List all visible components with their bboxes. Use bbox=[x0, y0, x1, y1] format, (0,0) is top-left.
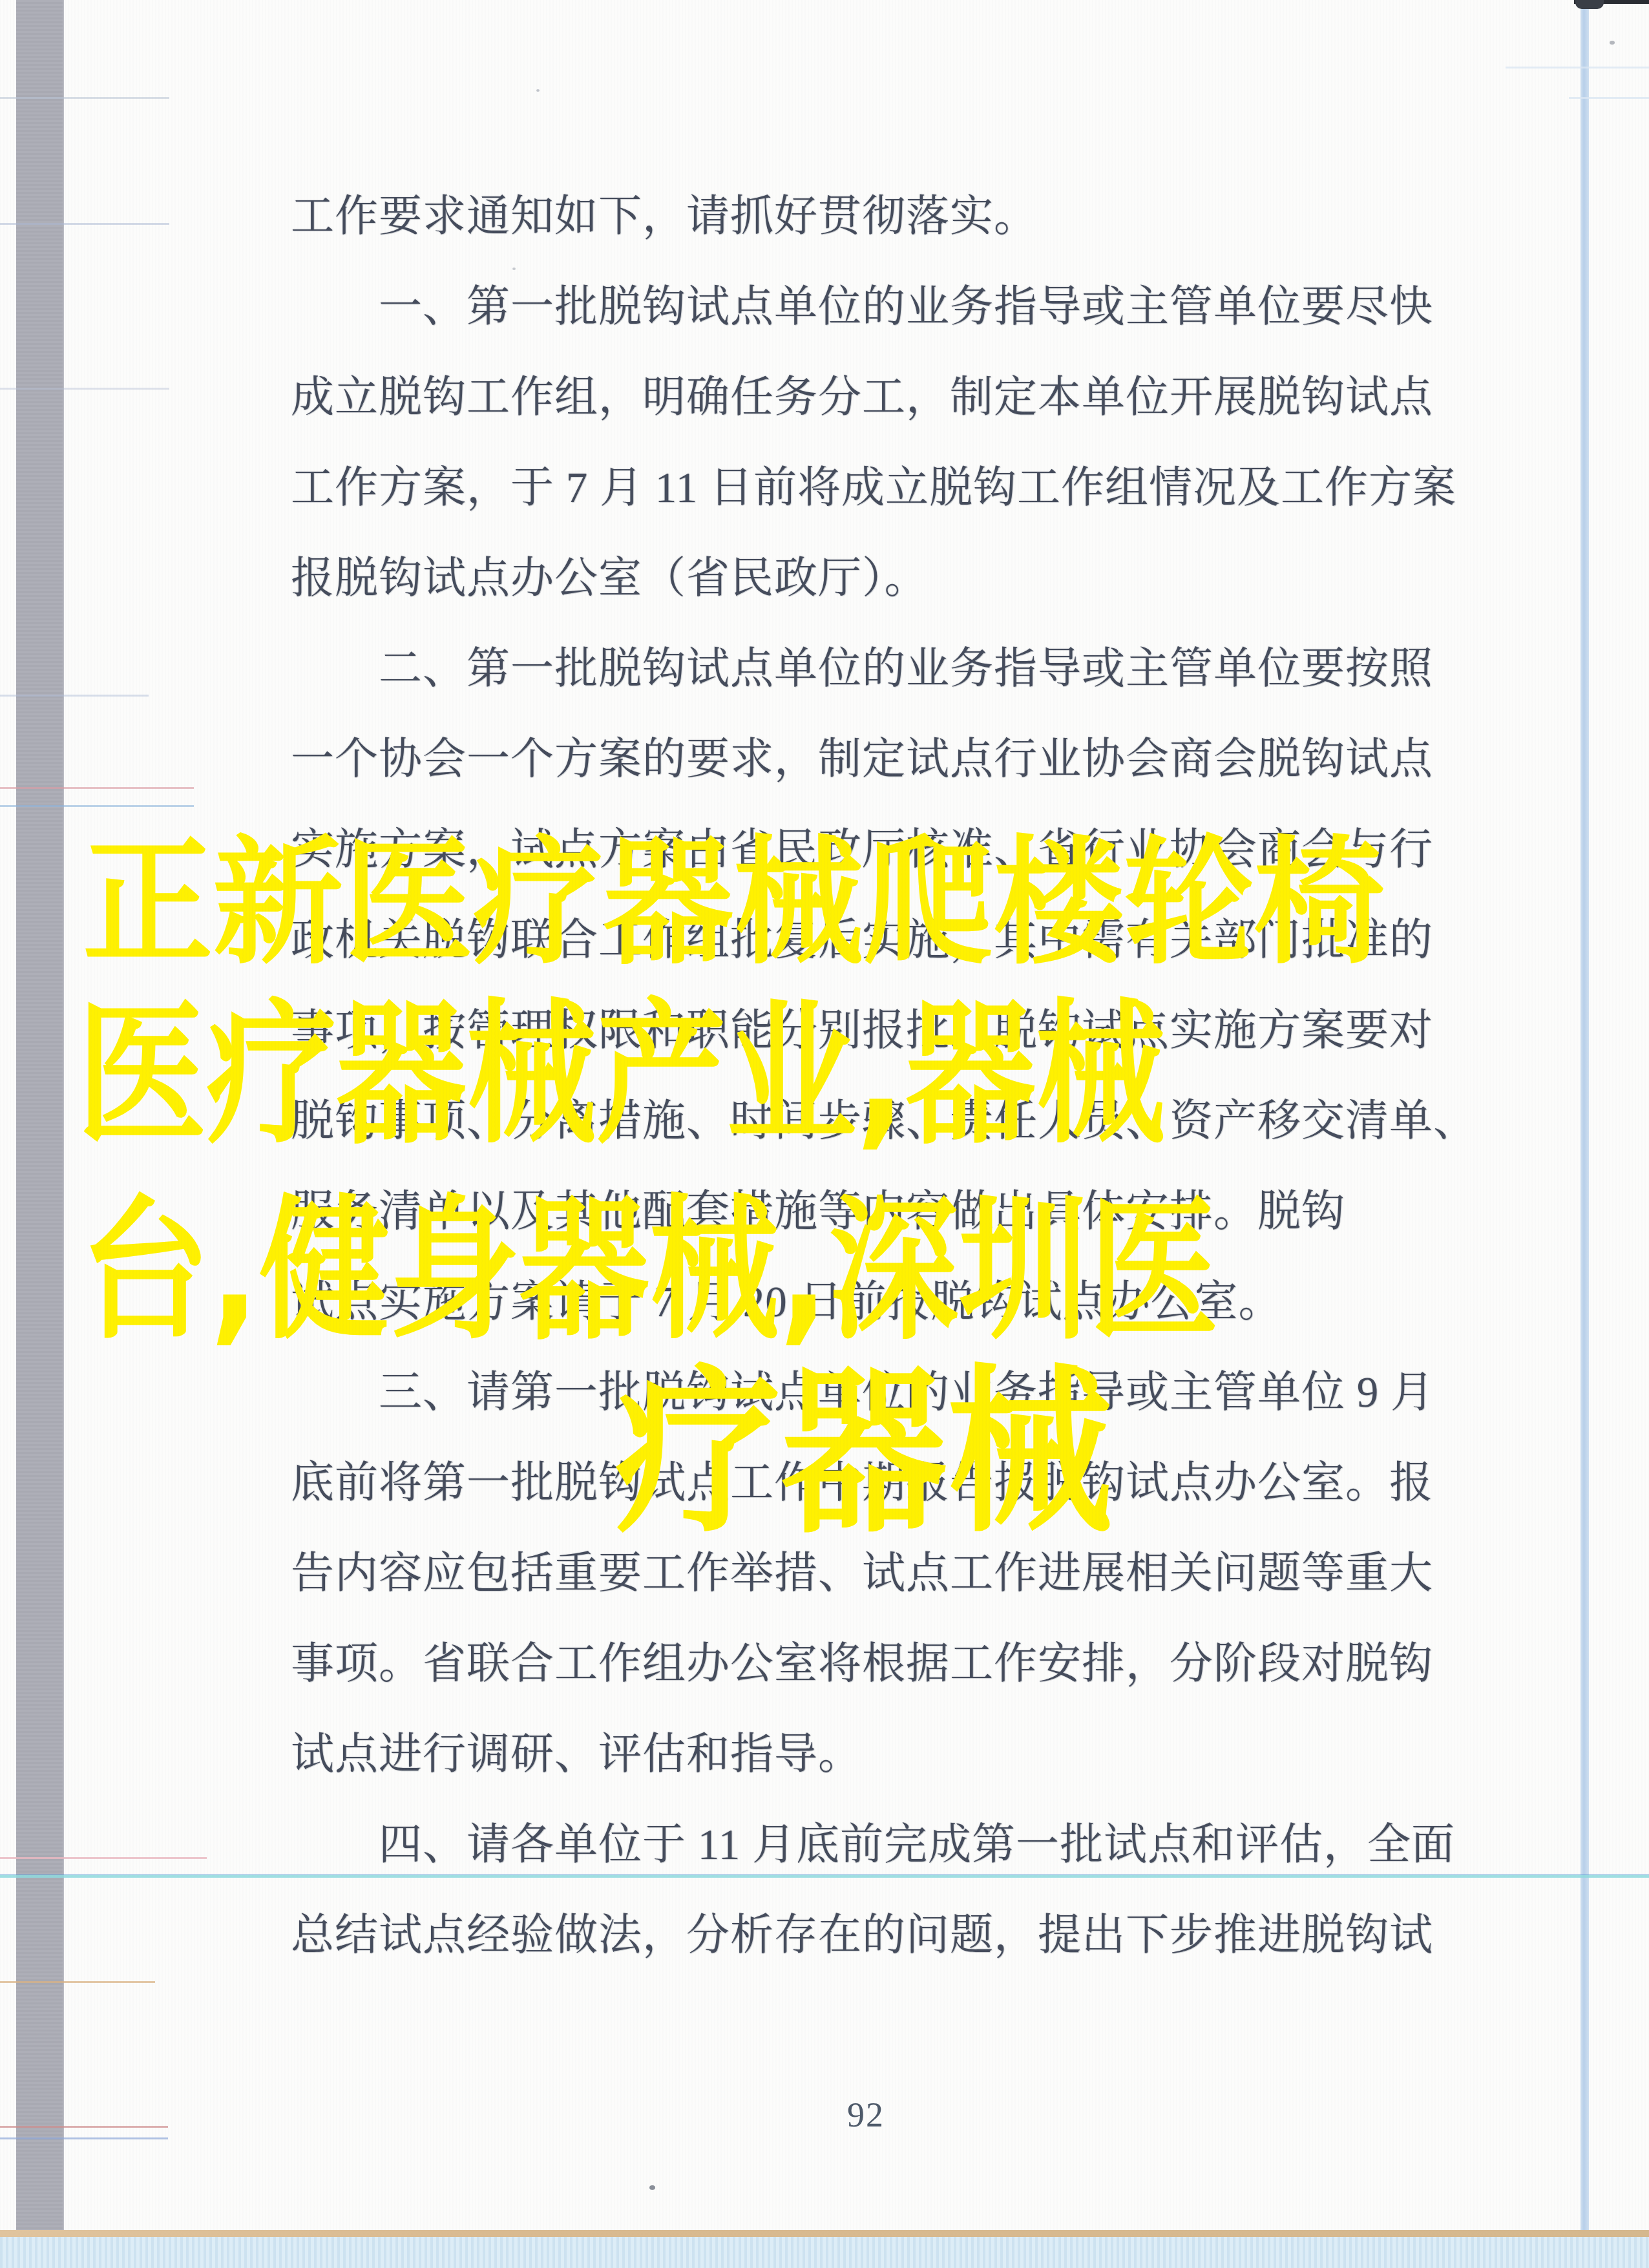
document-line: 报脱钩试点办公室（省民政厅）。 bbox=[291, 533, 1454, 624]
document-line: 总结试点经验做法，分析存在的问题，提出下步推进脱钩试 bbox=[291, 1890, 1454, 1980]
document-text-block: 工作要求通知如下，请抓好贯彻落实。 一、第一批脱钩试点单位的业务指导或主管单位要… bbox=[291, 171, 1454, 1980]
scan-top-corner-mark bbox=[1575, 0, 1604, 9]
document-line: 脱钩事项、分离措施、时间步骤、责任人员、资产移交清单、 bbox=[291, 1076, 1454, 1166]
document-line: 事项，按管理权限和职能分别报批。脱钩试点实施方案要对 bbox=[291, 985, 1454, 1076]
scan-speck bbox=[649, 2185, 655, 2190]
scan-bottom-blue-edge bbox=[0, 2237, 1649, 2268]
document-line: 底前将第一批脱钩试点工作中期报告报脱钩试点办公室。报 bbox=[291, 1438, 1454, 1528]
document-line: 告内容应包括重要工作举措、试点工作进展相关问题等重大 bbox=[291, 1528, 1454, 1619]
page-number: 92 bbox=[827, 2095, 905, 2135]
document-line: 试点实施方案请于 7 月 20 日前报脱钩试点办公室。 bbox=[291, 1257, 1454, 1347]
scanned-page: 工作要求通知如下，请抓好贯彻落实。 一、第一批脱钩试点单位的业务指导或主管单位要… bbox=[0, 0, 1649, 2268]
document-line: 一、第一批脱钩试点单位的业务指导或主管单位要尽快 bbox=[291, 262, 1454, 352]
scan-streak bbox=[1506, 67, 1649, 68]
document-line: 政机关脱钩联合工作组批复后实施，其中需有关部门批准的 bbox=[291, 895, 1454, 985]
document-line: 工作要求通知如下，请抓好贯彻落实。 bbox=[291, 171, 1454, 262]
scan-bottom-tan-edge bbox=[0, 2230, 1649, 2237]
document-line: 成立脱钩工作组，明确任务分工，制定本单位开展脱钩试点 bbox=[291, 352, 1454, 443]
document-line: 事项。省联合工作组办公室将根据工作安排，分阶段对脱钩 bbox=[291, 1619, 1454, 1709]
document-line: 二、第一批脱钩试点单位的业务指导或主管单位要按照 bbox=[291, 624, 1454, 714]
document-line: 服务清单以及其他配套措施等内容做出具体安排。脱钩 bbox=[291, 1166, 1454, 1257]
scan-speck bbox=[536, 89, 540, 92]
document-line: 试点进行调研、评估和指导。 bbox=[291, 1709, 1454, 1800]
scan-speck bbox=[1610, 41, 1615, 45]
document-line: 工作方案，于 7 月 11 日前将成立脱钩工作组情况及工作方案 bbox=[291, 443, 1454, 533]
document-line: 实施方案，试点方案由省民政厅核准、省行业协会商会与行 bbox=[291, 804, 1454, 895]
document-line: 一个协会一个方案的要求，制定试点行业协会商会脱钩试点 bbox=[291, 714, 1454, 804]
scan-cyan-streak bbox=[0, 1874, 1649, 1878]
scan-left-edge-band bbox=[16, 0, 64, 2231]
scan-right-edge-line bbox=[1581, 0, 1589, 2268]
document-line: 三、请第一批脱钩试点单位的业务指导或主管单位 9 月 bbox=[291, 1347, 1454, 1438]
scan-speck bbox=[512, 268, 516, 270]
